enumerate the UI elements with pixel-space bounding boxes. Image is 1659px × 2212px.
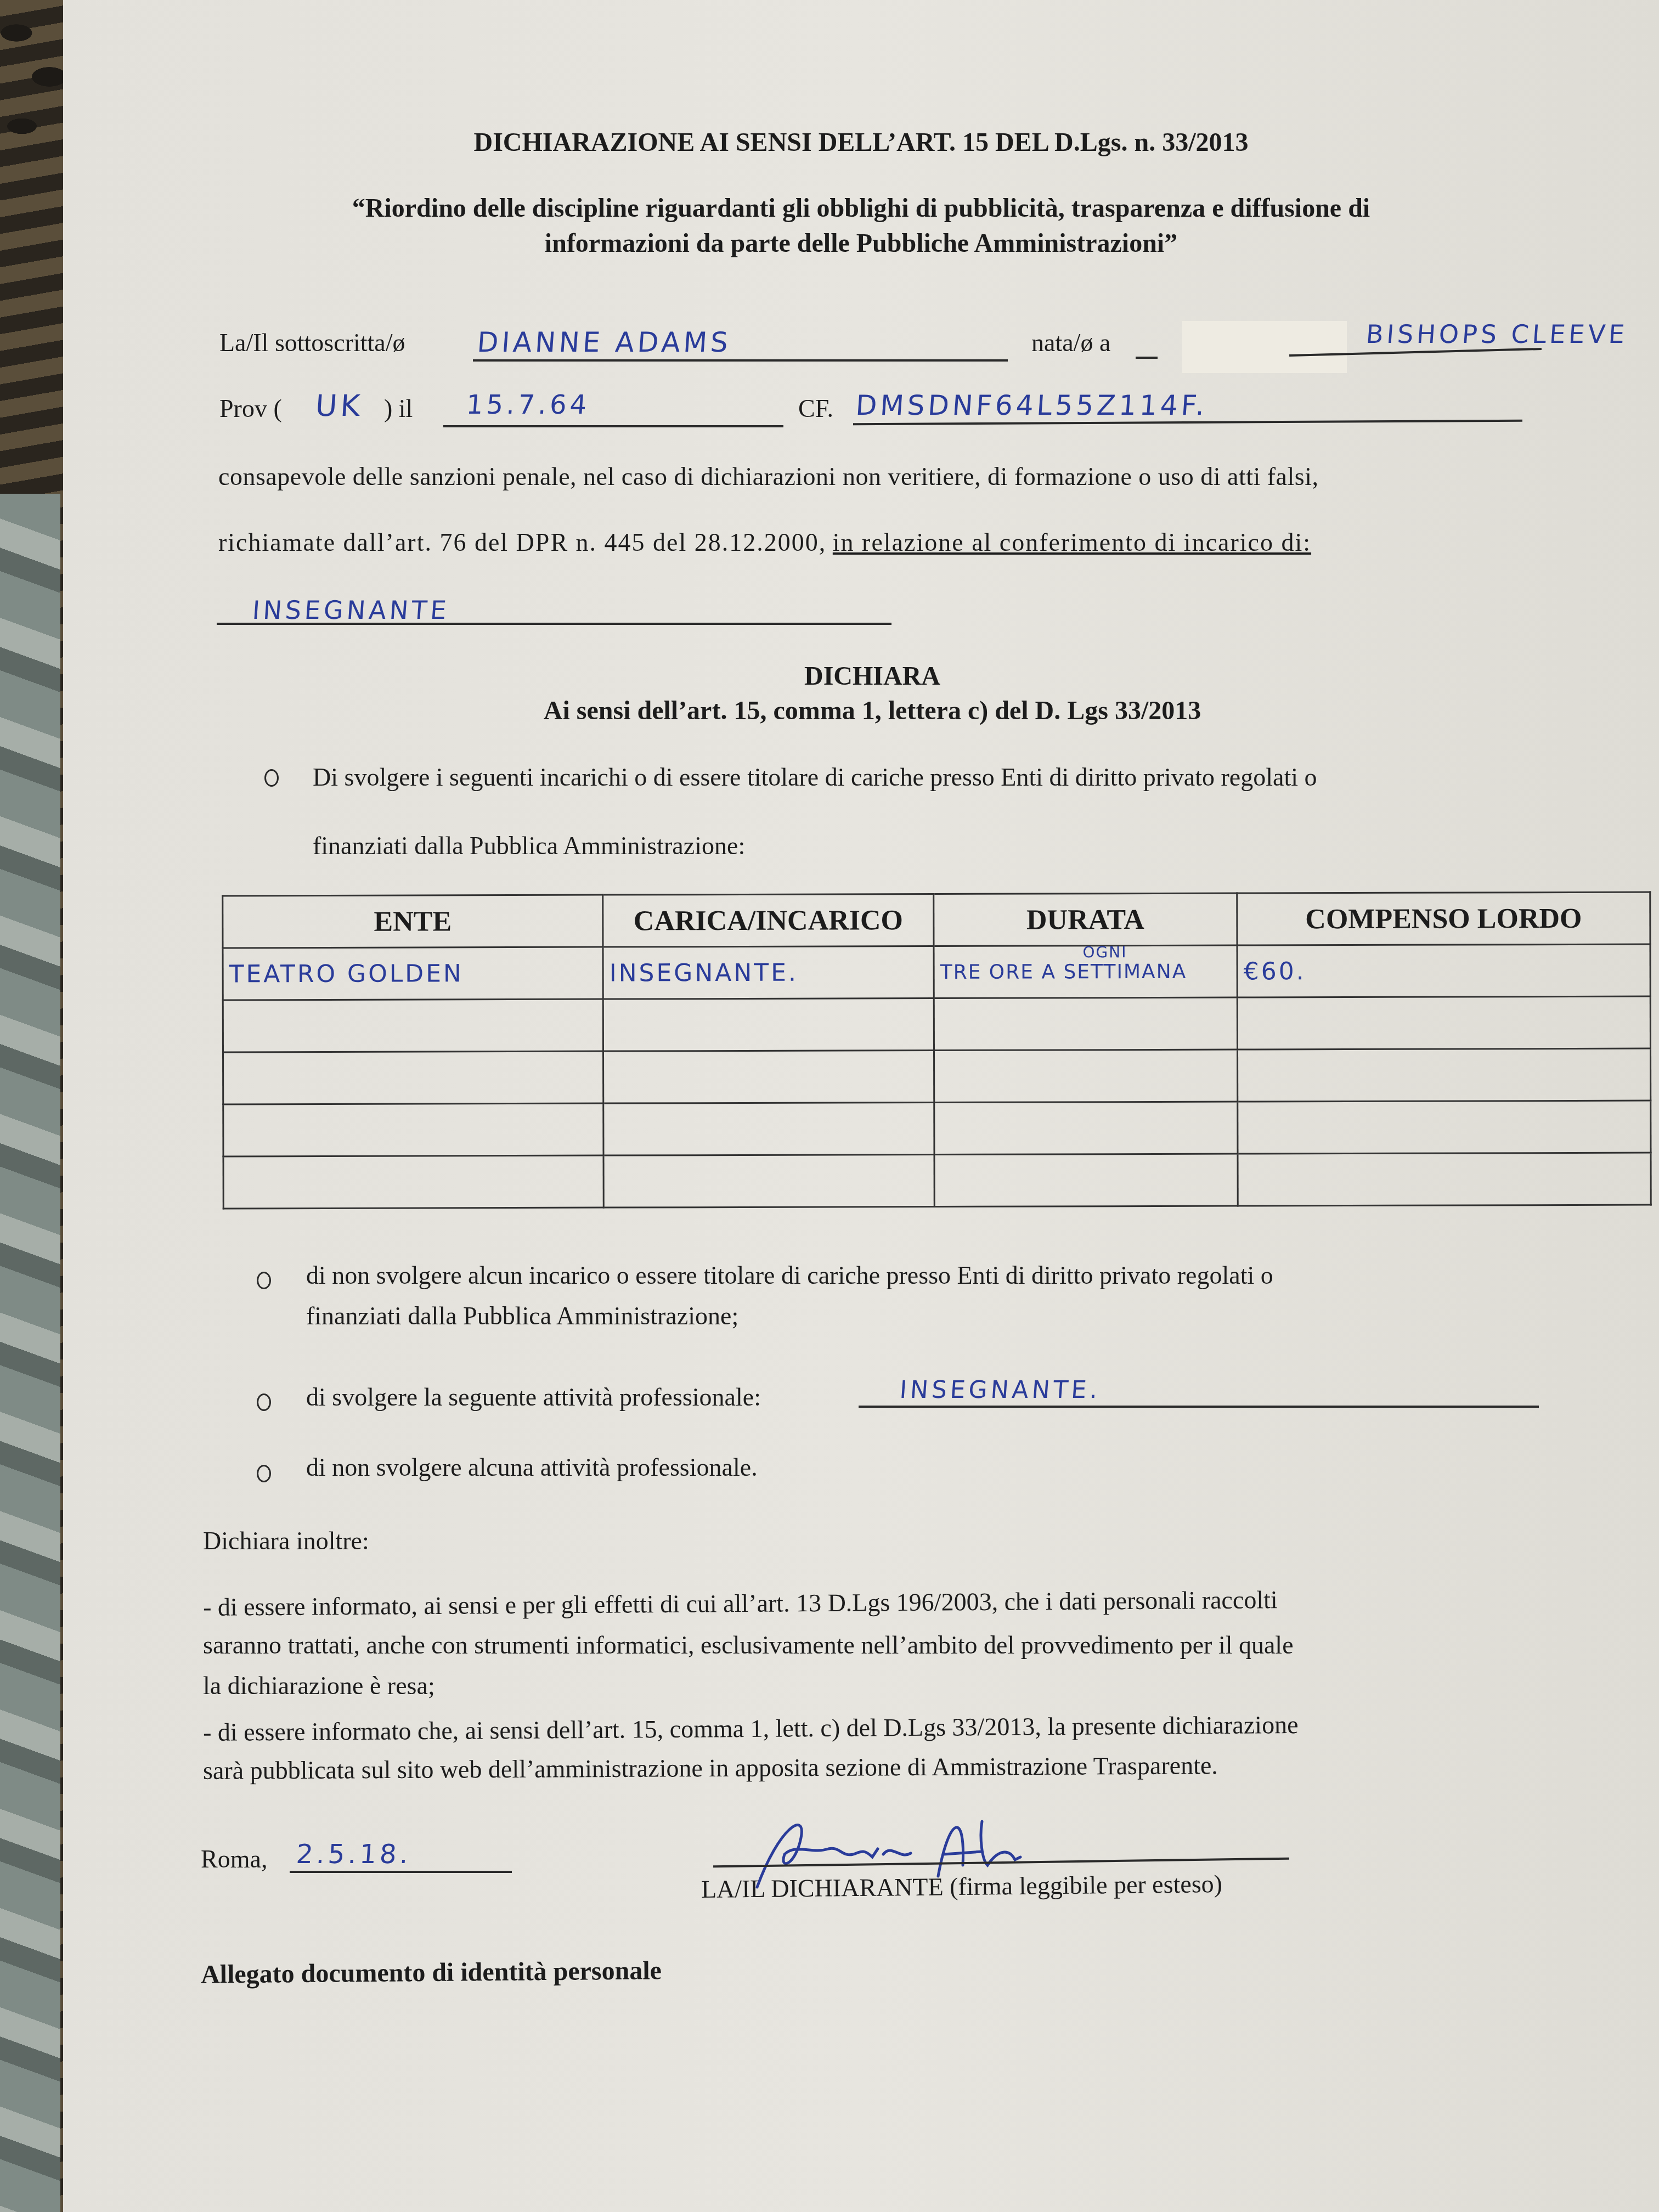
cell-ente[interactable] [223,1103,603,1156]
paragraph-reference-a: richiamate dall’art. 76 del DPR n. 445 d… [218,528,826,556]
cell-durata[interactable] [934,1154,1238,1206]
table-row [223,1153,1651,1209]
durata-insert: OGNI [1082,943,1127,961]
cell-carica[interactable] [603,1103,934,1156]
field-date[interactable]: 2.5.18. [295,1839,413,1870]
underline-assignment [217,623,891,625]
cell-carica[interactable] [603,998,934,1052]
option1-line1: Di svolgere i seguenti incarichi o di es… [313,763,1317,792]
paragraph-sanctions: consapevole delle sanzioni penale, nel c… [218,462,1319,491]
paragraph-reference: richiamate dall’art. 76 del DPR n. 445 d… [218,528,1311,557]
paragraph-reference-b: in relazione al conferimento di incarico… [833,528,1311,556]
assignments-table: ENTE CARICA/INCARICO DURATA COMPENSO LOR… [222,891,1651,1210]
option3-label: di svolgere la seguente attività profess… [306,1383,761,1412]
option1-radio[interactable] [264,769,279,787]
field-name[interactable]: DIANNE ADAMS [476,326,732,358]
cell-ente[interactable] [223,1155,603,1209]
further-p1-line3: la dichiarazione è resa; [203,1671,435,1700]
cell-durata[interactable] [934,1049,1238,1102]
label-prov-close: ) il [384,394,413,423]
cell-ente[interactable]: TEATRO GOLDEN [223,947,603,1000]
table-row: TEATRO GOLDEN INSEGNANTE. OGNI TRE ORE A… [223,944,1650,1000]
field-cf[interactable]: DMSDNF64L55Z114F. [855,390,1209,421]
document-subtitle-line2: informazioni da parte delle Pubbliche Am… [63,228,1659,258]
table-row [223,1048,1651,1104]
option2-line1: di non svolgere alcun incarico o essere … [306,1261,1273,1290]
option4-radio[interactable] [257,1465,271,1482]
signature-caption: LA/IL DICHIARANTE (firma leggibile per e… [701,1869,1222,1904]
option4-label: di non svolgere alcuna attività professi… [306,1453,758,1482]
cell-durata[interactable] [934,1102,1238,1154]
underline-birthplace-start [1136,357,1158,359]
field-birth-date[interactable]: 15.7.64 [465,390,591,420]
place-label: Roma, [201,1844,267,1874]
redaction-patch [1182,321,1347,373]
label-cf: CF. [798,394,833,423]
label-prov: Prov ( [219,394,282,423]
further-p1-line2: saranno trattati, anche con strumenti in… [203,1630,1294,1660]
further-heading: Dichiara inoltre: [203,1526,369,1555]
document-title: DICHIARAZIONE AI SENSI DELL’ART. 15 DEL … [63,127,1659,157]
durata-text: TRE ORE A SETTIMANA [940,960,1187,983]
option2-line2: finanziati dalla Pubblica Amministrazion… [306,1301,738,1330]
cell-carica[interactable]: INSEGNANTE. [603,946,934,1000]
cell-ente[interactable] [223,999,603,1052]
background-surface [0,494,60,2212]
field-assignment[interactable]: INSEGNANTE [251,595,450,625]
cell-compenso[interactable]: €60. [1237,944,1650,997]
declares-subheading: Ai sensi dell’art. 15, comma 1, lettera … [63,696,1659,726]
attachment-note: Allegato documento di identità personale [201,1955,662,1989]
field-birthplace[interactable]: BISHOPS CLEEVE [1365,319,1629,349]
header-carica: CARICA/INCARICO [603,894,934,947]
underline-birth-date [443,425,783,427]
cell-compenso[interactable] [1238,1101,1651,1154]
underline-date [290,1871,512,1873]
further-p2-line2: sarà pubblicata sul sito web dell’ammini… [203,1751,1218,1785]
cell-ente[interactable] [223,1051,603,1104]
header-compenso: COMPENSO LORDO [1237,892,1650,945]
field-professional-activity[interactable]: INSEGNANTE. [899,1376,1102,1404]
label-born: nata/ø a [1031,328,1110,357]
underline-name [473,359,1008,362]
cell-compenso[interactable] [1238,1153,1651,1206]
label-signed: La/Il sottoscritta/ø [219,328,405,357]
declares-heading: DICHIARA [63,661,1659,691]
cell-carica[interactable] [603,1155,934,1208]
cell-compenso[interactable] [1237,1048,1650,1102]
document-subtitle-line1: “Riordino delle discipline riguardanti g… [63,193,1659,223]
table-row [223,996,1650,1052]
cell-durata[interactable] [934,997,1237,1050]
header-ente: ENTE [223,895,603,948]
option1-line2: finanziati dalla Pubblica Amministrazion… [313,831,745,860]
cell-carica[interactable] [603,1051,934,1104]
option2-radio[interactable] [257,1272,271,1289]
cell-durata[interactable]: OGNI TRE ORE A SETTIMANA [934,945,1237,998]
field-prov[interactable]: UK [314,388,364,423]
table-row [223,1101,1651,1156]
header-durata: DURATA [934,893,1237,946]
underline-professional-activity [859,1406,1539,1408]
table-header-row: ENTE CARICA/INCARICO DURATA COMPENSO LOR… [223,892,1650,948]
cell-compenso[interactable] [1237,996,1650,1049]
option3-radio[interactable] [257,1393,271,1411]
